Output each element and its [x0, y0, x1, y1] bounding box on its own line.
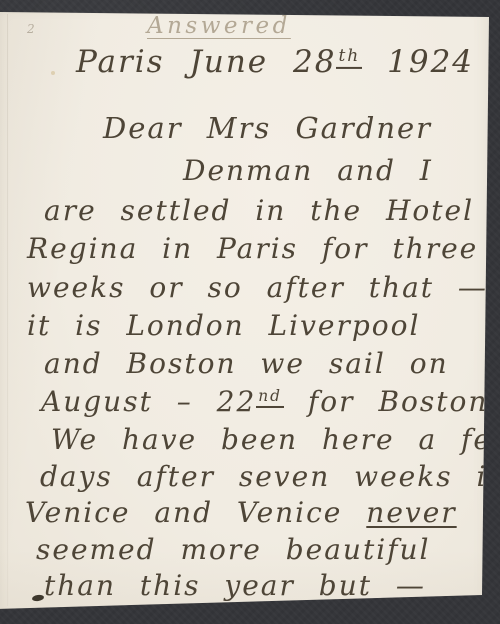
paper-crease	[7, 14, 8, 606]
dateline: Paris June 28th 1924	[76, 44, 474, 80]
letter-line-text: August – 22	[41, 385, 256, 418]
letter-line: August – 22nd for Boston.	[41, 385, 499, 418]
photograph-background: { "letter": { "annotation_pencil": "Answ…	[0, 0, 500, 624]
letter-line: We have been here a few	[51, 423, 500, 456]
ordinal-suffix: nd	[256, 387, 284, 408]
ink-blot	[32, 594, 45, 602]
letter-line: seemed more beautiful	[36, 533, 431, 566]
pencil-mark: 2	[27, 22, 35, 36]
dateline-text: Paris June 28	[76, 44, 336, 80]
dateline-ordinal-suffix: th	[336, 46, 362, 69]
letter-line: it is London Liverpool	[27, 309, 420, 342]
salutation: Dear Mrs Gardner	[103, 111, 432, 145]
letter-line: than this year but —	[44, 569, 426, 602]
letter-line: weeks or so after that —	[27, 271, 488, 304]
letter-line-text: for Boston.	[284, 385, 499, 418]
paper-speck	[51, 71, 55, 75]
letter-line: Venice and Venice never	[25, 496, 457, 529]
letter-line: days after seven weeks in	[40, 460, 500, 493]
dateline-year: 1924	[362, 44, 474, 80]
letter-paper: 2 Answered Paris June 28th 1924 Dear Mrs…	[0, 0, 500, 624]
letter-line: Regina in Paris for three	[27, 232, 478, 265]
pencil-annotation: Answered	[147, 13, 291, 39]
letter-line-text: Venice and Venice	[25, 496, 366, 529]
letter-line: are settled in the Hotel	[44, 194, 474, 227]
underlined-word: never	[366, 496, 456, 529]
letter-line: and Boston we sail on	[44, 347, 449, 380]
letter-line: Denman and I	[183, 154, 433, 187]
